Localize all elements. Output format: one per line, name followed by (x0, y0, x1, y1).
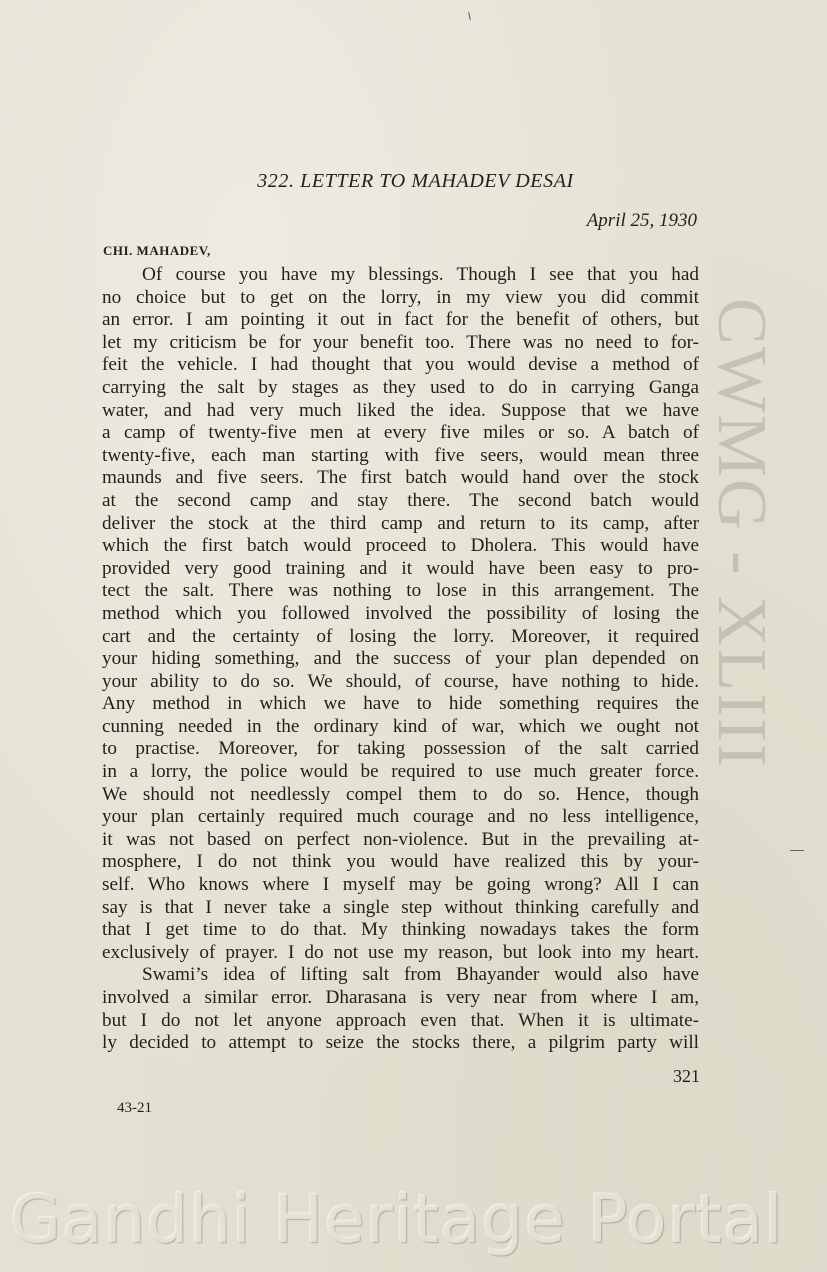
page-number: 321 (673, 1066, 700, 1087)
text-line: no choice but to get on the lorry, in my… (102, 287, 699, 310)
text-line: ly decided to attempt to seize the stock… (102, 1032, 699, 1055)
text-line: water, and had very much liked the idea.… (102, 400, 699, 423)
text-line: provided very good training and it would… (102, 558, 699, 581)
text-line: it was not based on perfect non-violence… (102, 829, 699, 852)
text-line: method which you followed involved the p… (102, 603, 699, 626)
text-line: carrying the salt by stages as they used… (102, 377, 699, 400)
text-line: deliver the stock at the third camp and … (102, 513, 699, 536)
text-line: which the first batch would proceed to D… (102, 535, 699, 558)
scan-speck (468, 12, 471, 20)
text-line: cart and the certainty of losing the lor… (102, 626, 699, 649)
signature-mark: 43-21 (117, 1100, 152, 1117)
text-line: tect the salt. There was nothing to lose… (102, 580, 699, 603)
salutation: CHI. MAHADEV, (103, 243, 211, 259)
text-line: twenty-five, each man starting with five… (102, 445, 699, 468)
text-line: Swami’s idea of lifting salt from Bhayan… (102, 964, 699, 987)
text-line: a camp of twenty-five men at every five … (102, 422, 699, 445)
text-line: that I get time to do that. My thinking … (102, 919, 699, 942)
text-line: to practise. Moreover, for taking posses… (102, 738, 699, 761)
text-line: We should not needlessly compel them to … (102, 784, 699, 807)
text-line: mosphere, I do not think you would have … (102, 851, 699, 874)
letter-body: Of course you have my blessings. Though … (102, 264, 699, 1055)
letter-heading: 322. LETTER TO MAHADEV DESAI (0, 170, 827, 193)
volume-watermark: CWMG - XLIII (696, 298, 776, 978)
text-line: say is that I never take a single step w… (102, 897, 699, 920)
text-line: feit the vehicle. I had thought that you… (102, 354, 699, 377)
text-line: cunning needed in the ordinary kind of w… (102, 716, 699, 739)
letter-date: April 25, 1930 (587, 210, 697, 232)
text-line: exclusively of prayer. I do not use my r… (102, 942, 699, 965)
text-line: your hiding something, and the success o… (102, 648, 699, 671)
margin-mark (790, 850, 804, 851)
text-line: self. Who knows where I myself may be go… (102, 874, 699, 897)
text-line: your ability to do so. We should, of cou… (102, 671, 699, 694)
text-line: in a lorry, the police would be required… (102, 761, 699, 784)
portal-watermark: Gandhi Heritage Portal (10, 1180, 820, 1260)
text-line: maunds and five seers. The first batch w… (102, 467, 699, 490)
text-line: an error. I am pointing it out in fact f… (102, 309, 699, 332)
text-line: at the second camp and stay there. The s… (102, 490, 699, 513)
document-page: CWMG - XLIII 322. LETTER TO MAHADEV DESA… (0, 0, 827, 1272)
text-line: your plan certainly required much courag… (102, 806, 699, 829)
text-line: Of course you have my blessings. Though … (102, 264, 699, 287)
text-line: Any method in which we have to hide some… (102, 693, 699, 716)
text-line: involved a similar error. Dharasana is v… (102, 987, 699, 1010)
text-line: but I do not let anyone approach even th… (102, 1010, 699, 1033)
text-line: let my criticism be for your benefit too… (102, 332, 699, 355)
